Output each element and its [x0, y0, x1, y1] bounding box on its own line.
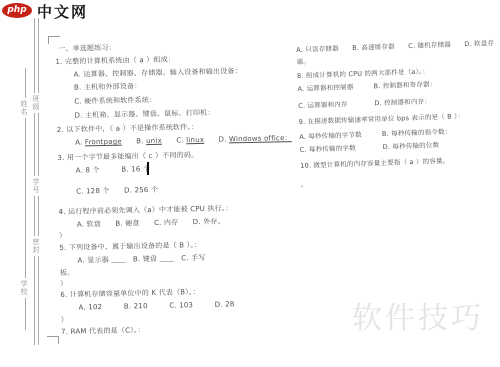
- stray-mark-2: ）: [60, 280, 67, 289]
- option-a-word: Frontpage: [85, 138, 122, 147]
- question-6: 6. 计算机存储容量单位中的 K 代表（B）。：: [60, 288, 200, 300]
- section-title: 一、单选题练习：: [58, 44, 116, 54]
- watermark-text: 软件技巧: [352, 293, 484, 337]
- seal-label-name: 姓名: [20, 98, 27, 118]
- option-d-word: Windows office：: [229, 134, 292, 143]
- question-9: 9. 在描述数据传输速率常用单位 bps 表示的是（ B ）：: [299, 112, 465, 127]
- exam-right-column[interactable]: A. 只读存储器 B. 高速缓存器 C. 随机存储器 D. 软盘存 器。 8. …: [296, 37, 500, 204]
- question-1-option-d: D. 主机箱、显示器、键盘、鼠标、打印机：: [75, 109, 215, 121]
- page: php 中文网 姓名 学校 班级 学号 密封 一、单选题练习： 1. 完整的计算…: [0, 0, 500, 367]
- question-1-option-b: B. 主机和外部设备：: [74, 82, 142, 92]
- question-9-options-1: A. 每秒传输的字节数 B. 每秒传输的指令数：: [299, 128, 451, 142]
- stray-mark-1: ）: [59, 232, 66, 241]
- option-a-label: A.: [75, 138, 85, 146]
- seal-label-number: 学号: [32, 176, 39, 196]
- question-7: 7. RAM 代表的是（C）。：: [61, 326, 145, 337]
- question-3-options-2: C. 128 个 D. 256 个: [76, 186, 158, 197]
- question-1: 1. 完整的计算机系统由（ a ）组成：: [55, 55, 175, 67]
- question-10: 10. 微型计算机的内存容量主要指（ a ）的容量。: [300, 157, 449, 171]
- option-d-label: D.: [204, 135, 229, 144]
- question-2-options: A. Frontpage B. unix C. linux D. Windows…: [75, 134, 292, 148]
- php-logo-icon: php: [2, 3, 32, 18]
- seal-label-school: 学校: [20, 278, 27, 298]
- question-5-options: A. 显示器 ＿＿ B. 键盘 ＿＿ C. 手写: [78, 254, 206, 266]
- question-4-options: A. 软盘 B. 硬盘 C. 内存 D. 外存。: [77, 217, 225, 229]
- question-5: 5. 下列设备中、属于输出设备的是（ B ）。：: [59, 241, 201, 253]
- question-8-options-2: C. 运算器和内存 D. 控制器和内存：: [298, 97, 431, 111]
- margin-corner-bottom: [47, 336, 59, 344]
- question-8: 8. 组成计算机的 CPU 的两大部件是（a）。：: [297, 67, 429, 81]
- exam-left-column[interactable]: 一、单选题练习： 1. 完整的计算机系统由（ a ）组成： A. 运算器、控制器…: [55, 35, 306, 340]
- seal-label-sealed: 密封: [32, 236, 39, 256]
- site-logo-text: 中文网: [37, 1, 88, 22]
- question-3: 3. 用一个字节最多能编出（ c ）不同的码。: [57, 151, 198, 163]
- option-b-word: unix: [146, 137, 162, 145]
- stray-mark-3: ）: [61, 316, 68, 325]
- option-b-label: B.: [122, 137, 146, 146]
- question-4: 4. 运行程序前必须先调入（a）中才能被 CPU 执行。：: [59, 204, 233, 217]
- question-6-options: A. 102 B. 210 C. 103 D. 28: [79, 300, 235, 312]
- question-8-options-1: A. 运算器和控制器 B. 控制器和寄存器：: [297, 80, 436, 94]
- question-2: 2. 以下软件中，（ a ）不是操作系统软件。：: [57, 123, 199, 135]
- stray-mark-4: 。: [301, 181, 308, 190]
- option-c-word: linux: [186, 136, 204, 144]
- question-7-options: A. 只读存储器 B. 高速缓存器 C. 随机存储器 D. 软盘存: [296, 39, 494, 55]
- question-9-options-2: C. 每秒传输的字数 D. 每秒传输的位数: [300, 141, 440, 155]
- question-1-option-c: C. 硬件系统和软件系统：: [74, 96, 156, 107]
- question-3-options-1: A. 8 个 B. 16 个: [76, 165, 151, 176]
- option-c-label: C.: [162, 136, 187, 145]
- question-1-option-a: A. 运算器、控制器、存储器、输入设备和输出设备：: [74, 67, 242, 80]
- question-5-wrap: 板。: [60, 269, 75, 278]
- seal-label-class: 班级: [32, 93, 39, 113]
- text-cursor: [147, 162, 149, 175]
- question-7-options-wrap: 器。: [296, 58, 310, 67]
